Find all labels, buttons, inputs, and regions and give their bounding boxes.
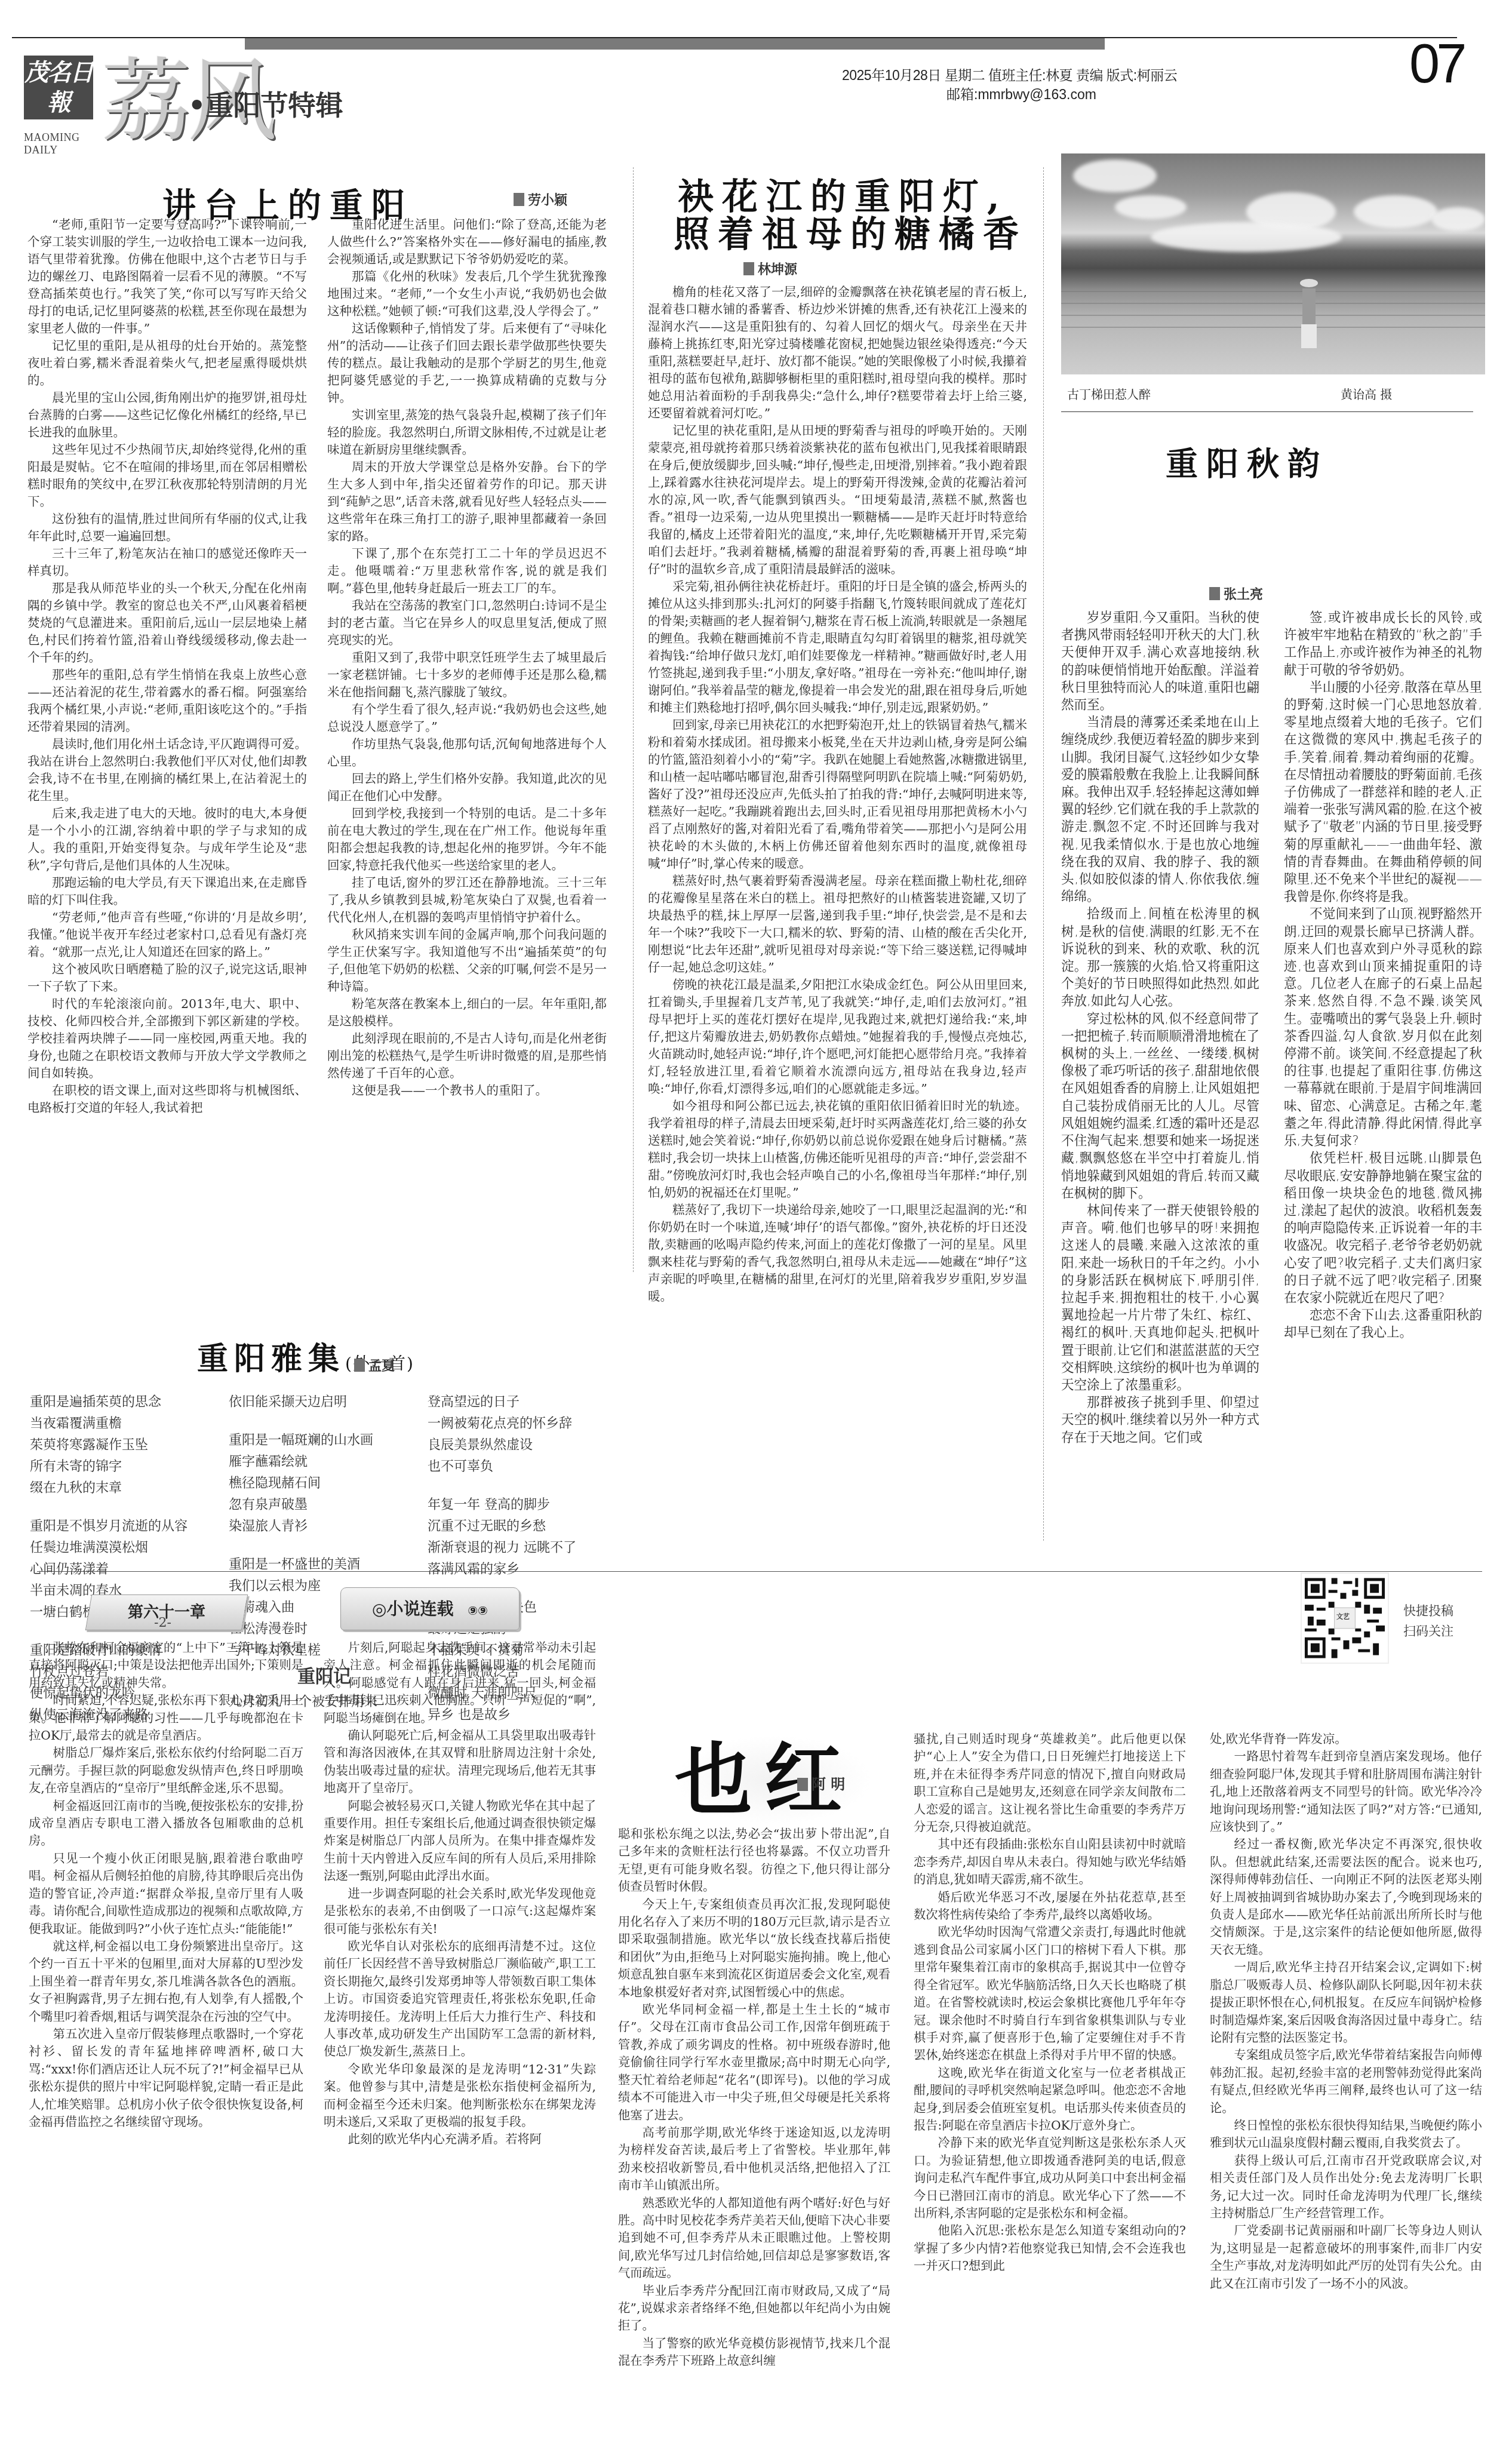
- paragraph: 这晚,欧光华在街道文化室与一位老者棋战正酣,腰间的寻呼机突然响起紧急呼叫。他恋恋…: [914, 2064, 1186, 2135]
- paragraph: 后来,我走进了电大的天地。彼时的电大,本身便是一个小小的江湖,容纳着中职的学子与…: [27, 805, 307, 874]
- poem-line: 也不可辜负: [428, 1456, 625, 1477]
- paragraph: 树脂总厂爆炸案后,张松东依约付给阿聪二百万元酬劳。手握巨款的阿聪愈发纵情声色,终…: [29, 1744, 303, 1797]
- paragraph: 不觉间来到了山顶,视野豁然开朗,迂回的观景长廊早已挤满人群。原来人们也喜欢到户外…: [1284, 905, 1482, 1150]
- paragraph: 冷静下来的欧光华直觉判断这是张松东杀人灭口。为验证猜想,他立即拨通香港阿美的电话…: [914, 2134, 1186, 2222]
- qr-label: 快捷投稿 扫码关注: [1403, 1600, 1453, 1641]
- paragraph: 骚扰,自己则适时现身“英雄救美”。此后他更以保护“心上人”安全为借口,日日死缠烂…: [914, 1731, 1186, 1836]
- paragraph: 粉笔灰落在教案本上,细白的一层。年年重阳,都是这般模样。: [327, 996, 607, 1030]
- paragraph: “劳老师,”他声音有些哑,“你讲的‘月是故乡明’,我懂。”他说半夜开车经过老家村…: [27, 909, 307, 961]
- paragraph: 采完菊,祖孙俩往袂花桥赶圩。重阳的圩日是全镇的盛会,桥两头的摊位从这头排到那头:…: [648, 578, 1027, 717]
- byline-square-icon: [743, 262, 754, 275]
- paragraph: 处,欧光华背脊一阵发凉。: [1210, 1731, 1482, 1748]
- paragraph: 周末的开放大学课堂总是格外安静。台下的学生大多人到中年,指尖还留着劳作的印记。那…: [327, 459, 607, 545]
- novel-column-4: 骚扰,自己则适时现身“英雄救美”。此后他更以保护“心上人”安全为借口,日日死缠烂…: [914, 1731, 1186, 2275]
- paragraph: 三十三年了,粉笔灰沾在袖口的感觉还像昨天一样真切。: [27, 545, 307, 580]
- paragraph: 岁岁重阳,今又重阳。当秋的使者携风带雨轻轻叩开秋天的大门,秋天便伸开双手,满心欢…: [1061, 609, 1259, 714]
- poem-line: 重阳是遍插茱萸的思念: [30, 1391, 221, 1413]
- paragraph: 穿过松林的风,似不经意间带了一把把梳子,转而顺顺滑滑地梳在了枫树的头上,一丝丝、…: [1061, 1010, 1259, 1202]
- author-name: 劳小颖: [528, 193, 567, 208]
- paragraph: 那是我从师范毕业的头一个秋天,分配在化州南隅的乡镇中学。教室的窗总也关不严,山风…: [27, 580, 307, 666]
- paragraph: 确认阿聪死亡后,柯金福从工具袋里取出吸毒针管和海洛因液体,在其双臂和肚脐周边注射…: [324, 1727, 596, 1798]
- article3-column-1: 岁岁重阳,今又重阳。当秋的使者携风带雨轻轻叩开秋天的大门,秋天便伸开双手,满心欢…: [1061, 609, 1259, 1446]
- paragraph: 恋恋不舍下山去,这番重阳秋韵却早已刻在了我心上。: [1284, 1307, 1482, 1341]
- paragraph: 重阳又到了,我带中职烹饪班学生去了城里最后一家老糕饼铺。七十多岁的老师傅手还是那…: [327, 649, 607, 701]
- paragraph: 拾级而上,间植在松涛里的枫树,是秋的信使,满眼的红影,无不在诉说秋的到来、秋的欢…: [1061, 905, 1259, 1010]
- article3-column-2: 签,或许被串成长长的风铃,或许被牢牢地粘在精致的“秋之韵”手工作品上,亦或许被作…: [1284, 609, 1482, 1342]
- paragraph: 重阳化进生活里。问他们:“除了登高,还能为老人做些什么?”答案格外实在——修好漏…: [327, 216, 607, 268]
- paragraph: 终日惶惶的张松东很快得知结果,当晚便约陈小雅到状元山温泉度假村翻云覆雨,自我奖赏…: [1210, 2117, 1482, 2152]
- paragraph: 这些年见过不少热闹节庆,却始终觉得,化州的重阳最是熨帖。它不在喧闹的排场里,而在…: [27, 441, 307, 511]
- byline-square-icon: [514, 193, 524, 206]
- photo-rule: [1061, 411, 1473, 412]
- paragraph: 只见一个瘦小伙正闭眼晃脑,跟着港台歌曲哼唱。柯金福从后侧轻拍他的肩膀,待其睁眼后…: [29, 1850, 303, 1938]
- paragraph: 一路思忖着驾车赶到帝皇酒店案发现场。他仔细查验阿聪尸体,发现其手臂和肚脐周围布满…: [1210, 1748, 1482, 1836]
- paragraph: 作坊里热气袅袅,他那句话,沉甸甸地落进每个人心里。: [327, 736, 607, 770]
- poem-line: 一阙被菊花点亮的怀乡辞: [428, 1413, 625, 1434]
- poem-byline: 孟夏: [354, 1356, 395, 1374]
- column-divider: [633, 167, 634, 1272]
- paragraph: 此刻浮现在眼前的,不是古人诗句,而是化州老街刚出笼的松糕热气,是学生听讲时微蹙的…: [327, 1030, 607, 1082]
- poem-title-text: 重阳雅集: [197, 1341, 345, 1377]
- paragraph: 婚后欧光华恶习不改,屡屡在外拈花惹草,甚至数次将性病传染给了李秀芹,最终以离婚收…: [914, 1889, 1186, 1924]
- paragraph: 获得上级认可后,江南市召开党政联席会议,对相关责任部门及人员作出处分:免去龙涛明…: [1210, 2152, 1482, 2223]
- paragraph: 厂党委副书记黄丽丽和叶副厂长等身边人则认为,这明显是一起蓄意破坏的刑事案件,而非…: [1210, 2222, 1482, 2293]
- paragraph: 糕蒸好了,我切下一块递给母亲,她咬了一口,眼里泛起温润的光:“和你奶奶在时一个味…: [648, 1202, 1027, 1305]
- paragraph: 傍晚的袂花江最是温柔,夕阳把江水染成金红色。阿公从田里回来,扛着锄头,手里握着几…: [648, 976, 1027, 1098]
- paragraph: 毕业后李秀芹分配回江南市财政局,又成了“局花”,说媒求亲者络绎不绝,但她都以年纪…: [618, 2282, 890, 2335]
- paragraph: 令欧光华印象最深的是龙涛明“12·31”失踪案。他曾参与其中,清楚是张松东指使柯…: [324, 2061, 596, 2131]
- paragraph: 回去的路上,学生们格外安静。我知道,此次的见闻正在他们心中发酵。: [327, 770, 607, 805]
- paragraph: 这份独有的温情,胜过世间所有华丽的仪式,让我年年此时,总要一遍遍回想。: [27, 511, 307, 545]
- paragraph: 专案组成员签字后,欧光华带着结案报告向师傅韩劲汇报。起初,经验丰富的老刑警韩劲觉…: [1210, 2047, 1482, 2117]
- paragraph: 晨读时,他们用化州土话念诗,平仄跑调得可爱。我站在讲台上忽然明白:我教他们平仄对…: [27, 736, 307, 805]
- poem-line: 雁字蘸霜绘就: [229, 1451, 420, 1473]
- paragraph: 片刻后,阿聪起身去洗手间。这寻常举动未引起旁人注意。柯金福抓住此瞬间即逝的机会尾…: [324, 1639, 596, 1727]
- poem-line: 依旧能采撷天边启明: [229, 1391, 420, 1413]
- qr-code[interactable]: 文艺: [1301, 1572, 1389, 1664]
- paragraph: 那篇《化州的秋味》发表后,几个学生犹犹豫豫地围过来。“老师,”一个女生小声说,“…: [327, 268, 607, 320]
- poem-line: 所有未寄的锦字: [30, 1456, 221, 1477]
- paragraph: 经过一番权衡,欧光华决定不再深究,很快收队。但想就此结案,还需要法医的配合。说来…: [1210, 1836, 1482, 1959]
- article-title-chongyang-qiuyun: 重阳秋韵: [1166, 439, 1328, 485]
- paragraph: 时代的车轮滚滚向前。2013年,电大、职中、技校、化师四校合并,全部搬到下郭区新…: [27, 996, 307, 1082]
- paragraph: 晨光里的宝山公园,街角刚出炉的拖罗饼,祖母灶台蒸腾的白雾——这些记忆像化州橘红的…: [27, 389, 307, 441]
- paragraph: 那跑运输的电大学员,有天下课追出来,在走廊昏暗的灯下叫住我。: [27, 874, 307, 909]
- serial-number: ⑨⑨: [468, 1603, 488, 1618]
- poem-line: 当夜霜覆满重檐: [30, 1413, 221, 1434]
- poem-line: 茱萸将寒露凝作玉坠: [30, 1434, 221, 1456]
- paragraph: 依凭栏杆,极目远眺,山脚景色尽收眼底,安安静静地躺在聚宝盆的稻田像一块块金色的地…: [1284, 1150, 1482, 1307]
- poem-line: 年复一年 登高的脚步: [428, 1494, 625, 1516]
- article1-column-2: 重阳化进生活里。问他们:“除了登高,还能为老人做些什么?”答案格外实在——修好漏…: [327, 216, 607, 1099]
- novel-column-5: 处,欧光华背脊一阵发凉。一路思忖着驾车赶到帝皇酒店案发现场。他仔细查验阿聪尸体,…: [1210, 1731, 1482, 2293]
- paragraph: 聪和张松东绳之以法,势必会“拔出萝卜带出泥”,自己多年来的贪赃枉法行径也将暴露。…: [618, 1826, 890, 1896]
- photo-caption: 古丁梯田惹人醉: [1067, 385, 1151, 403]
- paragraph: 如今祖母和阿公都已远去,袂花镇的重阳依旧循着旧时光的轨迹。我学着祖母的样子,清晨…: [648, 1098, 1027, 1202]
- paragraph: 半山腰的小径旁,散落在草丛里的野菊,这时候一门心思地怒放着,零星地点缀着大地的毛…: [1284, 679, 1482, 906]
- article-title-jueuhua-line1: 袂花江的重阳灯,: [678, 176, 1008, 218]
- novel-column-1: 张松东和柯金福商定的“上中下”三策中,上策是直接将阿聪灭口;中策是设法把他弄出国…: [29, 1639, 303, 2131]
- paragraph: 时间紧迫,不容迟疑,张松东再下狠心决定采用上策。他非常了解阿聪的习性——几乎每晚…: [29, 1692, 303, 1744]
- paragraph: 有个学生看了很久,轻声说:“我奶奶也会这些,她总说没人愿意学了。”: [327, 701, 607, 736]
- paragraph: 他陷入沉思:张松东是怎么知道专案组动向的?掌握了多少内情?若他察觉我已知情,会不…: [914, 2222, 1186, 2275]
- photo-credit: 黄诒高 摄: [1341, 385, 1392, 403]
- poem-line: 重阳是不惧岁月流逝的从容: [30, 1516, 221, 1537]
- paragraph: 此刻的欧光华内心充满矛盾。若将阿: [324, 2131, 596, 2148]
- column-divider: [1043, 167, 1044, 1541]
- byline-square-icon: [354, 1359, 365, 1372]
- paragraph: 其中还有段插曲:张松东自山阳县读初中时就暗恋李秀芹,却因自卑从未表白。得知她与欧…: [914, 1836, 1186, 1888]
- paragraph: 当清晨的薄雾还柔柔地在山上缠绕成纱,我便迈着轻盈的脚步来到山脚。我闭目凝气,这轻…: [1061, 714, 1259, 905]
- paragraph: 那群被孩子挑到手里、仰望过天空的枫叶,继续着以另外一种方式存在于天地之间。它们或: [1061, 1394, 1259, 1446]
- poem-line: 心间仍荡漾着: [30, 1559, 221, 1580]
- poem-stanza: 依旧能采撷天边启明: [229, 1391, 420, 1413]
- serial-label: ◎小说连载: [372, 1599, 453, 1619]
- paragraph: 下课了,那个在东莞打工二十年的学员迟迟不走。他嗫嚅着:“万里悲秋常作客,说的就是…: [327, 545, 607, 597]
- paragraph: 张松东和柯金福商定的“上中下”三策中,上策是直接将阿聪灭口;中策是设法把他弄出国…: [29, 1639, 303, 1692]
- poem-stanza: 年复一年 登高的脚步沉重不过无眠的乡愁渐渐衰退的视力 远眺不了落满风霜的家乡: [428, 1494, 625, 1580]
- poem-line: 任鬓边堆满漠漠松烟: [30, 1537, 221, 1559]
- author-name: 张土亮: [1224, 587, 1263, 602]
- poem-line: 染湿旅人青衫: [229, 1516, 420, 1537]
- qr-label-line1: 快捷投稿: [1403, 1600, 1453, 1621]
- masthead-bar: [245, 38, 1105, 50]
- paragraph: 欧光华同柯金福一样,都是土生土长的“城市仔”。父母在江南市食品公司工作,因常年倒…: [618, 2001, 890, 2124]
- person-figure: [1297, 279, 1321, 351]
- poem-line: 渐渐衰退的视力 远眺不了: [428, 1537, 625, 1559]
- poem-line: 重阳是一杯盛世的美酒: [229, 1554, 420, 1575]
- paragraph: 在职校的语文课上,面对这些即将与机械图纸、电路板打交道的年轻人,我试着把: [27, 1082, 307, 1117]
- page-number: 07: [1409, 33, 1463, 96]
- poem-line: 落满风霜的家乡: [428, 1559, 625, 1580]
- chapter-part: -2-: [154, 1615, 171, 1630]
- poem-stanza: 重阳是一幅斑斓的山水画雁字蘸霜绘就樵径隐现赭石间忽有泉声破墨染湿旅人青衫: [229, 1430, 420, 1537]
- poem-line: 登高望远的日子: [428, 1391, 625, 1413]
- novel-column-3: 聪和张松东绳之以法,势必会“拔出萝卜带出泥”,自己多年来的贪赃枉法行径也将暴露。…: [618, 1826, 890, 2370]
- article-byline: 张土亮: [1209, 584, 1263, 603]
- article2-body: 檐角的桂花又落了一层,细碎的金瓣飘落在袂花镇老屋的青石板上,混着巷口糖水铺的番薯…: [648, 284, 1027, 1305]
- qr-center-label: 文艺: [1336, 1612, 1350, 1621]
- paragraph: 林间传来了一群天使银铃般的声音。嗬,他们也够早的呀!来拥抱这迷人的晨曦,来融入这…: [1061, 1202, 1259, 1394]
- paragraph: 这话像颗种子,悄悄发了芽。后来便有了“寻味化州”的活动——让孩子们回去跟长辈学做…: [327, 320, 607, 407]
- paragraph: 记忆里的袂花重阳,是从田埂的野菊香与祖母的呼唤开始的。天刚蒙蒙亮,祖母就挎着那只…: [648, 422, 1027, 578]
- poem-stanza: 登高望远的日子一阙被菊花点亮的怀乡辞良辰美景纵然虚设也不可辜负: [428, 1391, 625, 1477]
- article1-column-1: “老师,重阳节一定要写登高吗?”下课铃响前,一个穿工装实训服的学生,一边收拾电工…: [27, 216, 307, 1117]
- newspaper-logo-english: MAOMING DAILY: [24, 131, 96, 156]
- dateline: 2025年10月28日 星期二 值班主任:林夏 责编 版式:柯丽云: [842, 64, 1177, 84]
- paragraph: 阿聪会被轻易灭口,关键人物欧光华在其中起了重要作用。担任专案组长后,他通过调查很…: [324, 1798, 596, 1885]
- byline-square-icon: [1209, 587, 1220, 600]
- paragraph: 今天上午,专案组侦查员再次汇报,发现阿聪使用化名存入了来历不明的180万元巨款,…: [618, 1896, 890, 2001]
- paragraph: 柯金福返回江南市的当晚,便按张松东的安排,扮成帝皇酒店专职电工潜入播放各包厢歌曲…: [29, 1798, 303, 1850]
- article-byline: 劳小颖: [514, 190, 567, 208]
- contact-email: 邮箱:mmrbwy@163.com: [946, 84, 1096, 103]
- paragraph: 糕蒸好时,热气裹着野菊香漫满老屋。母亲在糕面撒上勒杜花,细碎的花瓣像星星落在米白…: [648, 872, 1027, 976]
- qr-label-line2: 扫码关注: [1403, 1621, 1453, 1641]
- byline-square-icon: [797, 1778, 808, 1791]
- landscape-photo-terraces: [1061, 153, 1485, 374]
- author-name: 孟夏: [368, 1359, 395, 1374]
- section-divider: [37, 1571, 1482, 1572]
- paragraph: 欧光华自认对张松东的底细再清楚不过。这位前任厂长因经营不善导致树脂总厂濒临破产,…: [324, 1938, 596, 2061]
- poem-line: 重阳是一幅斑斓的山水画: [229, 1430, 420, 1451]
- poem-line: 樵径隐现赭石间: [229, 1473, 420, 1494]
- novel-byline: 阿 明: [797, 1772, 845, 1793]
- paragraph: 就这样,柯金福以电工身份频繁进出皇帝厅。这个约一百五十平米的包厢里,面对大屏幕的…: [29, 1938, 303, 2026]
- paragraph: 第五次进入皇帝厅假装修理点歌器时,一个穿花衬衫、留长发的青年猛地摔碎啤酒杯,破口…: [29, 2026, 303, 2131]
- poem-line: 忽有泉声破墨: [229, 1494, 420, 1516]
- newspaper-logo: 茂名日報: [24, 56, 93, 119]
- paragraph: 记忆里的重阳,是从祖母的灶台开始的。蒸笼整夜吐着白雾,糯米香混着柴火气,把老屋熏…: [27, 337, 307, 389]
- paragraph: 高考前那学期,欧光华终于迷途知返,以龙涛明为榜样发奋苦读,最后考上了省警校。毕业…: [618, 2124, 890, 2195]
- paragraph: 秋风捎来实训车间的金属声响,那个问我问题的学生正伏案写字。我知道他写不出“遍插茱…: [327, 926, 607, 996]
- paragraph: 这个被风吹日晒磨糙了脸的汉子,说完这话,眼神一下子软了下来。: [27, 961, 307, 996]
- author-name: 阿 明: [812, 1776, 845, 1793]
- novel-column-2: 片刻后,阿聪起身去洗手间。这寻常举动未引起旁人注意。柯金福抓住此瞬间即逝的机会尾…: [324, 1639, 596, 2149]
- paragraph: 回到家,母亲已用袂花江的水把野菊泡开,灶上的铁锅冒着热气,糯米粉和着菊水揉成团。…: [648, 717, 1027, 872]
- paragraph: 实训室里,蒸笼的热气袅袅升起,模糊了孩子们年轻的脸庞。我忽然明白,所谓文脉相传,…: [327, 407, 607, 459]
- author-name: 林坤源: [758, 262, 797, 277]
- paragraph: 我站在空荡荡的教室门口,忽然明白:诗词不是尘封的老古董。当它在异乡人的叹息里复活…: [327, 597, 607, 649]
- poem-stanza: 重阳是遍插茱萸的思念当夜霜覆满重檐茱萸将寒露凝作玉坠所有未寄的锦字缀在九秋的末章: [30, 1391, 221, 1499]
- article-title-jueuhua-line2: 照着祖母的糖橘香: [674, 214, 1027, 256]
- paragraph: 回到学校,我接到一个特别的电话。是二十多年前在电大教过的学生,现在在广州工作。他…: [327, 805, 607, 874]
- paragraph: 熟悉欧光华的人都知道他有两个嗜好:好色与好胜。高中时见校花李秀芹美若天仙,便暗下…: [618, 2195, 890, 2282]
- paragraph: 那些年的重阳,总有学生悄悄在我桌上放些心意——还沾着泥的花生,带着露水的番石榴。…: [27, 666, 307, 736]
- paragraph: 挂了电话,窗外的罗江还在静静地流。三十三年了,我从乡镇教到县城,粉笔灰染白了双鬓…: [327, 874, 607, 926]
- paragraph: “老师,重阳节一定要写登高吗?”下课铃响前,一个穿工装实训服的学生,一边收拾电工…: [27, 216, 307, 337]
- serial-banner: ◎小说连载 ⑨⑨: [340, 1587, 520, 1630]
- paragraph: 进一步调查阿聪的社会关系时,欧光华发现他竟是张松东的表弟,不由倒吸了一口凉气:这…: [324, 1885, 596, 1938]
- paragraph: 这便是我——一个教书人的重阳了。: [327, 1082, 607, 1099]
- poem-line: 沉重不过无眠的乡愁: [428, 1516, 625, 1537]
- poem-line: 缀在九秋的末章: [30, 1477, 221, 1499]
- paragraph: 檐角的桂花又落了一层,细碎的金瓣飘落在袂花镇老屋的青石板上,混着巷口糖水铺的番薯…: [648, 284, 1027, 422]
- article-byline: 林坤源: [743, 259, 797, 278]
- section-subtitle: •重阳节特辑: [188, 84, 343, 123]
- paragraph: 当了警察的欧光华竟模仿影视情节,找来几个混混在李秀芹下班路上故意纠缠: [618, 2335, 890, 2370]
- paragraph: 一周后,欧光华主持召开结案会议,定调如下:树脂总厂吸贩毒人员、检修队副队长阿聪,…: [1210, 1959, 1482, 2047]
- paragraph: 签,或许被串成长长的风铃,或许被牢牢地粘在精致的“秋之韵”手工作品上,亦或许被作…: [1284, 609, 1482, 679]
- paragraph: 欧光华幼时因淘气常遭父亲责打,每遇此时他就逃到食品公司家属小区门口的榕树下看人下…: [914, 1924, 1186, 2064]
- poem-line: 良辰美景纵然虚设: [428, 1434, 625, 1456]
